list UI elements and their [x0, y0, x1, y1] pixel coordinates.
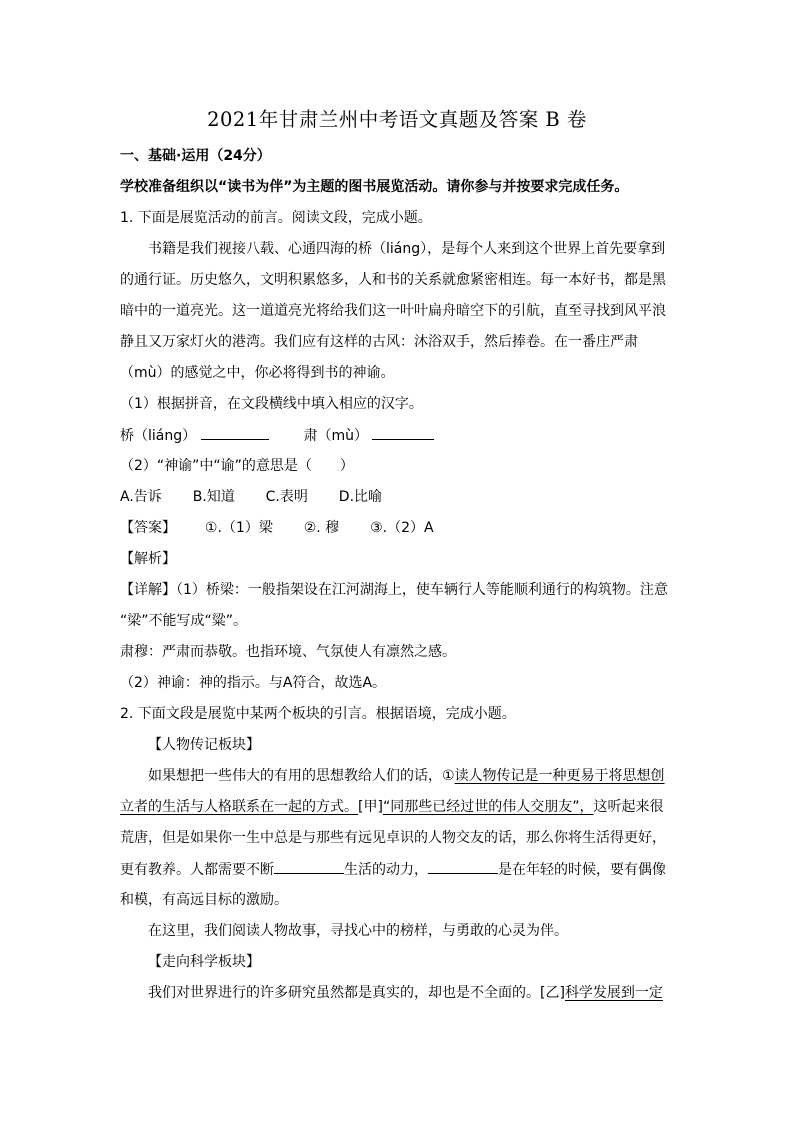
- document-title: 2021年甘肃兰州中考语文真题及答案 B 卷: [0, 104, 794, 132]
- blank-1[interactable]: [201, 425, 269, 440]
- option-d: D.比喻: [339, 489, 382, 505]
- task-intro: 学校准备组织以“读书为伴”为主题的图书展览活动。请你参与并按要求完成任务。: [120, 177, 628, 197]
- passage-line: （mù）的感觉之中，你必将得到书的神谕。: [120, 363, 395, 383]
- passage-line: 在这里，我们阅读人物故事，寻找心中的榜样，与勇敢的心灵为伴。: [120, 921, 568, 941]
- answer-row: 【答案】 ①.（1）梁 ②. 穆 ③.（2）A: [120, 518, 434, 538]
- passage-line: 如果想把一些伟大的有用的思想教给人们的话，①读人物传记是一种更易于将思想创: [120, 766, 665, 786]
- options-row: A.告诉 B.知道 C.表明 D.比喻: [120, 487, 382, 507]
- passage-line: 静且又万家灯火的港湾。我们应有这样的古风：沐浴双手，然后捧卷。在一番庄严肃: [120, 332, 638, 352]
- option-c: C.表明: [266, 489, 308, 505]
- question-1-stem: 1. 下面是展览活动的前言。阅读文段，完成小题。: [120, 208, 432, 228]
- passage-line: 更有教养。人都需要不断生活的动力，是在年轻的时候，要有偶像: [120, 859, 666, 880]
- passage-line: 我们对世界进行的许多研究虽然都是真实的，却也是不全面的。[乙]科学发展到一定: [120, 983, 663, 1003]
- passage-line: 立者的生活与人格联系在一起的方式。[甲]“同那些已经过世的伟人交朋友”，这听起来…: [120, 797, 663, 817]
- sub-question-2: （2）“神谕”中“谕”的意思是（ ）: [120, 456, 354, 476]
- passage-line: 的通行证。历史悠久，文明积累悠多，人和书的关系就愈紧密相连。每一本好书，都是黑: [120, 270, 666, 290]
- block-title-biography: 【人物传记板块】: [120, 735, 260, 755]
- underlined-sentence: 科学发展到一定: [565, 985, 663, 1001]
- underlined-quote: “同那些已经过世的伟人交朋友”，: [383, 799, 594, 815]
- analysis-label: 【解析】: [120, 549, 176, 569]
- passage-text: 更有教养。人都需要不断: [120, 862, 274, 878]
- underlined-sentence: 立者的生活与人格联系在一起的方式。: [120, 799, 358, 815]
- block-title-science: 【走向科学板块】: [120, 952, 260, 972]
- blank-4[interactable]: [428, 859, 498, 874]
- passage-text: 生活的动力，: [344, 862, 428, 878]
- fill-blanks-row: 桥（liáng） 肃（mù）: [120, 425, 434, 446]
- passage-line: 书籍是我们视接八载、心通四海的桥（liáng），是每个人来到这个世界上首先要拿到: [120, 239, 665, 259]
- passage-line: 暗中的一道亮光。这一道道亮光将给我们这一叶叶扁舟暗空下的引航，直至寻找到风平浪: [120, 301, 666, 321]
- passage-text: 是在年轻的时候，要有偶像: [498, 862, 666, 878]
- circled-marker: ①: [442, 768, 455, 784]
- answer-label: 【答案】: [120, 520, 176, 536]
- blank-3[interactable]: [274, 859, 344, 874]
- passage-line: 荒唐，但是如果你一生中总是与那些有远见卓识的人物交友的话，那么你将生活得更好，: [120, 828, 666, 848]
- question-2-stem: 2. 下面文段是展览中某两个板块的引言。根据语境，完成小题。: [120, 704, 516, 724]
- bracket-marker-yi: [乙]: [540, 985, 565, 1001]
- blank-1-label: 桥（liáng）: [120, 428, 196, 444]
- answer-3: ③.（2）A: [370, 520, 434, 536]
- passage-text: 这听起来很: [593, 799, 663, 815]
- blank-2-label: 肃（mù）: [303, 428, 368, 444]
- bracket-marker-jia: [甲]: [358, 799, 383, 815]
- passage-text: 如果想把一些伟大的有用的思想教给人们的话，: [148, 768, 442, 784]
- detail-line: （1）桥梁：一般指架设在江河湖海上，使车辆行人等能顺利通行的构筑物。注意: [176, 582, 668, 598]
- blank-2[interactable]: [372, 425, 434, 440]
- answer-2: ②. 穆: [304, 520, 339, 536]
- detail-line: “梁”不能写成“粱”。: [120, 611, 247, 631]
- option-b: B.知道: [193, 489, 235, 505]
- detail-line: 肃穆：严肃而恭敬。也指环境、气氛使人有凛然之感。: [120, 642, 456, 662]
- detail-label: 【详解】: [120, 582, 176, 598]
- detail-row: 【详解】（1）桥梁：一般指架设在江河湖海上，使车辆行人等能顺利通行的构筑物。注意: [120, 580, 668, 600]
- passage-text: 我们对世界进行的许多研究虽然都是真实的，却也是不全面的。: [148, 985, 540, 1001]
- sub-question-1: （1）根据拼音，在文段横线中填入相应的汉字。: [120, 394, 423, 414]
- passage-line: 和模，有高远目标的激励。: [120, 890, 288, 910]
- detail-line: （2）神谕：神的指示。与A符合，故选A。: [120, 673, 386, 693]
- section-heading: 一、基础·运用（24分）: [120, 146, 271, 166]
- answer-1: ①.（1）梁: [205, 520, 273, 536]
- underlined-sentence: 读人物传记是一种更易于将思想创: [455, 768, 665, 784]
- option-a: A.告诉: [120, 489, 162, 505]
